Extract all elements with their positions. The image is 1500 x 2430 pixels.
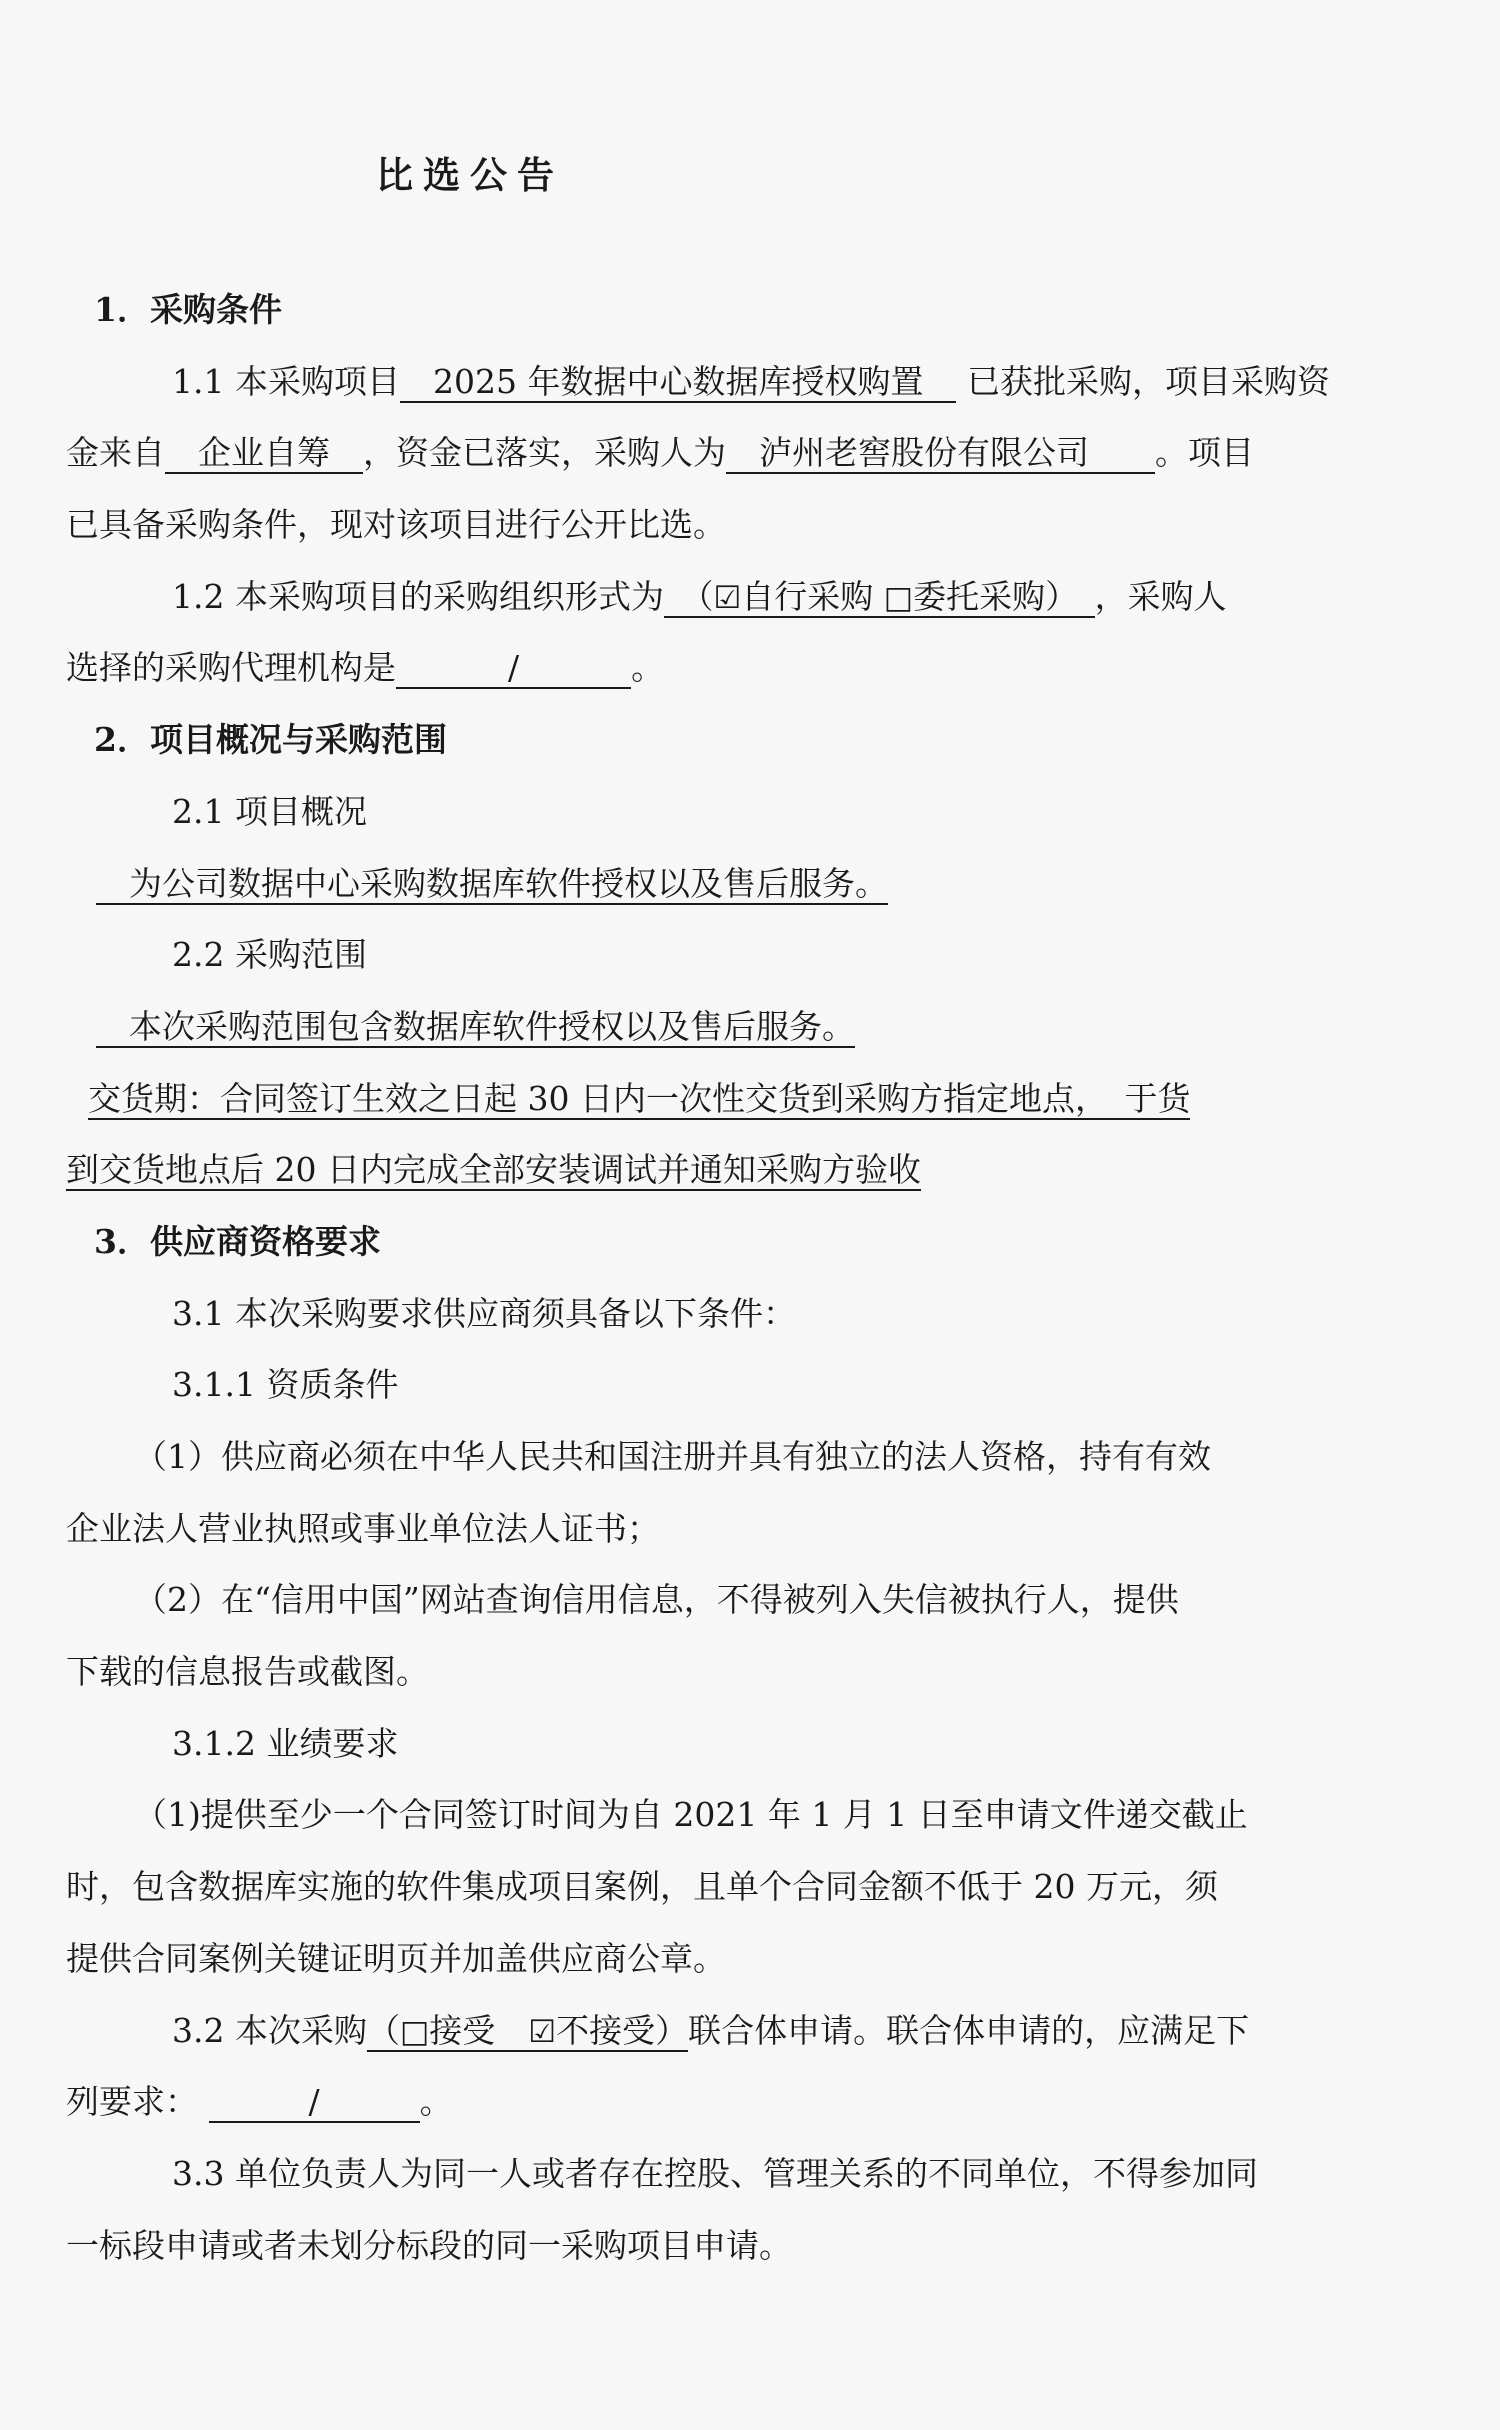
para-3-2-cont: 列要求： /。	[66, 2066, 1442, 2138]
text-run: 金来自	[66, 433, 165, 472]
para-3-1: 3.1 本次采购要求供应商须具备以下条件：	[66, 1278, 1442, 1350]
underlined-text: （□接受 ☑不接受）	[367, 2011, 688, 2052]
underlined-text: 本次采购范围包含数据库软件授权以及售后服务。	[96, 1007, 855, 1048]
checkbox-unchecked-icon: □	[400, 2014, 429, 2050]
para-3-3-cont: 一标段申请或者未划分标段的同一采购项目申请。	[66, 2210, 1442, 2282]
underlined-text: 企业自筹	[165, 433, 363, 474]
para-3-1-1-item2-cont: 下载的信息报告或截图。	[66, 1636, 1442, 1708]
text-run: 一标段申请或者未划分标段的同一采购项目申请。	[66, 2226, 792, 2265]
para-3-1-2-item1: （1)提供至少一个合同签订时间为自 2021 年 1 月 1 日至申请文件递交截…	[66, 1779, 1442, 1851]
para-1-1: 1.1 本采购项目 2025 年数据中心数据库授权购置 已获批采购，项目采购资	[66, 346, 1442, 418]
text-run: 已获批采购，项目采购资	[956, 362, 1330, 401]
text-run: （1）供应商必须在中华人民共和国注册并具有独立的法人资格，持有有效	[134, 1437, 1211, 1476]
text-run: 3.1 本次采购要求供应商须具备以下条件：	[172, 1294, 796, 1333]
text-run: 。项目	[1155, 433, 1254, 472]
para-2-1-content: 为公司数据中心采购数据库软件授权以及售后服务。	[66, 848, 1442, 920]
text-run: （1)提供至少一个合同签订时间为自 2021 年 1 月 1 日至申请文件递交截…	[134, 1795, 1248, 1834]
checkbox-unchecked-icon: □	[884, 580, 913, 616]
text-run: 3.3 单位负责人为同一人或者存在控股、管理关系的不同单位，不得参加同	[172, 2154, 1258, 2193]
text-run: ，采购人	[1095, 577, 1227, 616]
underlined-text: 为公司数据中心采购数据库软件授权以及售后服务。	[96, 864, 888, 905]
para-2-2-content: 本次采购范围包含数据库软件授权以及售后服务。	[66, 991, 1442, 1063]
text-run: （2）在“信用中国”网站查询信用信息，不得被列入失信被执行人，提供	[134, 1580, 1179, 1619]
para-3-1-2-item1-cont2: 提供合同案例关键证明页并加盖供应商公章。	[66, 1923, 1442, 1995]
underlined-text: 到交货地点后 20 日内完成全部安装调试并通知采购方验收	[66, 1150, 921, 1191]
para-3-1-1: 3.1.1 资质条件	[66, 1349, 1442, 1421]
text-run: 2．项目概况与采购范围	[94, 720, 447, 759]
text-run: 3.1.1 资质条件	[172, 1365, 398, 1404]
para-delivery-cont: 到交货地点后 20 日内完成全部安装调试并通知采购方验收	[66, 1134, 1442, 1206]
document-body: 1．采购条件1.1 本采购项目 2025 年数据中心数据库授权购置 已获批采购，…	[66, 274, 1442, 2281]
para-3-1-1-item1-cont: 企业法人营业执照或事业单位法人证书；	[66, 1493, 1442, 1565]
para-3-1-2-item1-cont: 时，包含数据库实施的软件集成项目案例，且单个合同金额不低于 20 万元，须	[66, 1851, 1442, 1923]
text-run: ，资金已落实，采购人为	[363, 433, 726, 472]
underlined-text: （☑自行采购 □委托采购）	[664, 577, 1095, 618]
checkbox-checked-icon: ☑	[713, 580, 741, 616]
text-run: 已具备采购条件，现对该项目进行公开比选。	[66, 505, 726, 544]
checkbox-checked-icon: ☑	[528, 2014, 556, 2050]
underlined-text: 泸州老窖股份有限公司	[726, 433, 1155, 474]
underlined-text: 交货期：合同签订生效之日起 30 日内一次性交货到采购方指定地点， 于货	[88, 1079, 1190, 1120]
para-1-1-cont2: 已具备采购条件，现对该项目进行公开比选。	[66, 489, 1442, 561]
para-1-2-cont: 选择的采购代理机构是/。	[66, 632, 1442, 704]
text-run: 企业法人营业执照或事业单位法人证书；	[66, 1509, 660, 1548]
text-run: 3.1.2 业绩要求	[172, 1724, 398, 1763]
para-3-2: 3.2 本次采购（□接受 ☑不接受）联合体申请。联合体申请的，应满足下	[66, 1995, 1442, 2067]
blank-field: /	[209, 2082, 420, 2123]
text-run: 1.2 本采购项目的采购组织形式为	[172, 577, 664, 616]
heading-3-supplier-qualifications: 3．供应商资格要求	[66, 1206, 1442, 1278]
para-3-3: 3.3 单位负责人为同一人或者存在控股、管理关系的不同单位，不得参加同	[66, 2138, 1442, 2210]
text-run: 3.2 本次采购	[172, 2011, 367, 2050]
para-3-1-1-item1: （1）供应商必须在中华人民共和国注册并具有独立的法人资格，持有有效	[66, 1421, 1442, 1493]
text-run: 列要求：	[66, 2082, 209, 2121]
text-run: 提供合同案例关键证明页并加盖供应商公章。	[66, 1939, 726, 1978]
text-run: 。	[631, 648, 664, 687]
heading-2-project-overview-scope: 2．项目概况与采购范围	[66, 704, 1442, 776]
text-run: 1．采购条件	[94, 290, 282, 329]
document-title: 比选公告	[376, 152, 564, 198]
underlined-text: 2025 年数据中心数据库授权购置	[400, 362, 956, 403]
para-1-1-cont: 金来自 企业自筹 ，资金已落实，采购人为 泸州老窖股份有限公司 。项目	[66, 417, 1442, 489]
blank-field: /	[396, 648, 631, 689]
text-run: 2.2 采购范围	[172, 935, 367, 974]
text-run: 1.1 本采购项目	[172, 362, 400, 401]
text-run: 3．供应商资格要求	[94, 1222, 381, 1261]
heading-1-procurement-conditions: 1．采购条件	[66, 274, 1442, 346]
text-run: 联合体申请。联合体申请的，应满足下	[688, 2011, 1249, 2050]
text-run: 选择的采购代理机构是	[66, 648, 396, 687]
text-run: 下载的信息报告或截图。	[66, 1652, 429, 1691]
para-2-2: 2.2 采购范围	[66, 919, 1442, 991]
para-3-1-2: 3.1.2 业绩要求	[66, 1708, 1442, 1780]
page: 比选公告 1．采购条件1.1 本采购项目 2025 年数据中心数据库授权购置 已…	[0, 0, 1500, 2430]
para-3-1-1-item2: （2）在“信用中国”网站查询信用信息，不得被列入失信被执行人，提供	[66, 1564, 1442, 1636]
para-2-1: 2.1 项目概况	[66, 776, 1442, 848]
para-delivery: 交货期：合同签订生效之日起 30 日内一次性交货到采购方指定地点， 于货	[66, 1063, 1442, 1135]
text-run: 时，包含数据库实施的软件集成项目案例，且单个合同金额不低于 20 万元，须	[66, 1867, 1218, 1906]
text-run: 。	[420, 2082, 453, 2121]
para-1-2: 1.2 本采购项目的采购组织形式为 （☑自行采购 □委托采购） ，采购人	[66, 561, 1442, 633]
text-run: 2.1 项目概况	[172, 792, 367, 831]
